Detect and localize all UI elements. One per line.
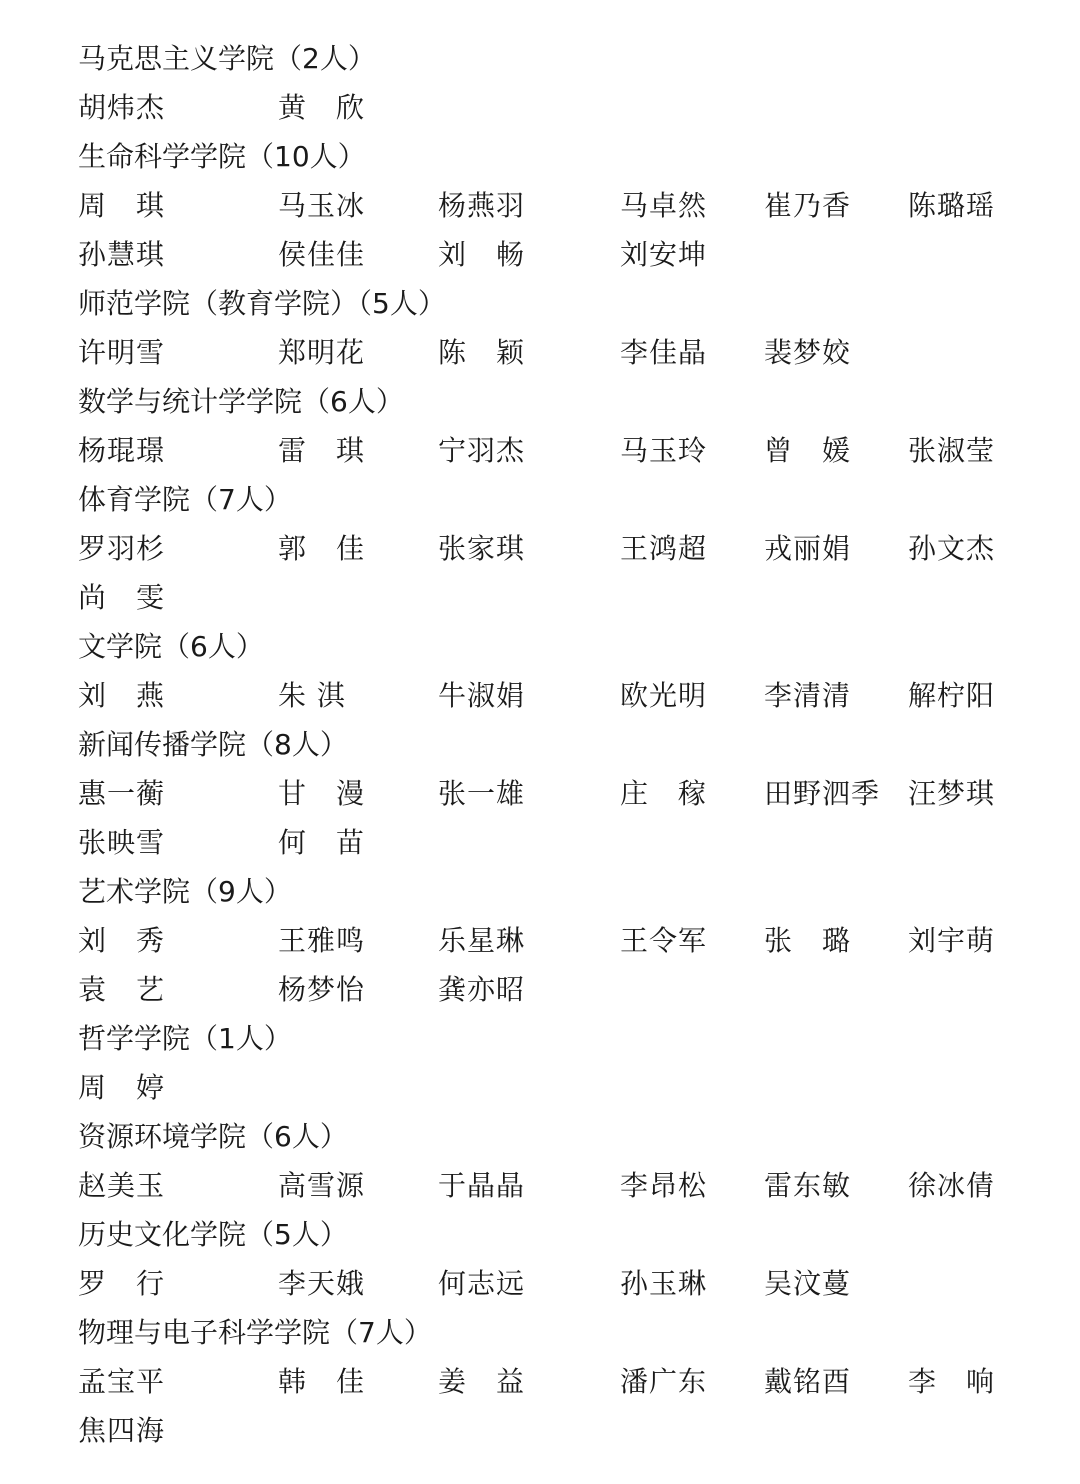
student-name: 马玉玲	[620, 426, 707, 475]
student-name: 王鸿超	[620, 524, 707, 573]
college-section: 历史文化学院（5人）罗 行李天娥何志远孙玉琳吴汶蔓	[78, 1210, 1038, 1308]
student-name: 徐冰倩	[908, 1161, 995, 1210]
name-row: 赵美玉高雪源于晶晶李昂松雷东敏徐冰倩	[78, 1161, 1038, 1210]
name-row: 张映雪何 苗	[78, 818, 1038, 867]
college-heading: 师范学院（教育学院）（5人）	[78, 279, 1038, 328]
college-section: 文学院（6人）刘 燕朱 淇牛淑娟欧光明李清清解柠阳	[78, 622, 1038, 720]
student-name: 裴梦姣	[764, 328, 851, 377]
student-name: 杨琨璟	[78, 426, 165, 475]
student-name: 崔乃香	[764, 181, 851, 230]
student-name: 汪梦琪	[908, 769, 995, 818]
college-section: 新闻传播学院（8人）惠一蘅甘 漫张一雄庄 稼田野泗季汪梦琪张映雪何 苗	[78, 720, 1038, 867]
student-name: 郑明花	[278, 328, 365, 377]
name-row: 孙慧琪侯佳佳刘 畅刘安坤	[78, 230, 1038, 279]
student-name: 李清清	[764, 671, 851, 720]
student-name: 刘宇萌	[908, 916, 995, 965]
student-name: 赵美玉	[78, 1161, 165, 1210]
college-section: 物理与电子科学学院（7人）孟宝平韩 佳姜 益潘广东戴铭酉李 响焦四海	[78, 1308, 1038, 1455]
student-name: 李天娥	[278, 1259, 365, 1308]
student-name: 袁 艺	[78, 965, 165, 1014]
student-name: 曾 媛	[764, 426, 851, 475]
college-section: 马克思主义学院（2人）胡炜杰黄 欣	[78, 34, 1038, 132]
student-name: 于晶晶	[438, 1161, 525, 1210]
student-name: 张一雄	[438, 769, 525, 818]
college-heading: 文学院（6人）	[78, 622, 1038, 671]
student-name: 吴汶蔓	[764, 1259, 851, 1308]
student-name: 马玉冰	[278, 181, 365, 230]
student-name: 惠一蘅	[78, 769, 165, 818]
college-section: 艺术学院（9人）刘 秀王雅鸣乐星琳王令军张 璐刘宇萌袁 艺杨梦怡龚亦昭	[78, 867, 1038, 1014]
student-name: 雷东敏	[764, 1161, 851, 1210]
student-name: 刘 燕	[78, 671, 165, 720]
student-name: 李昂松	[620, 1161, 707, 1210]
college-heading: 物理与电子科学学院（7人）	[78, 1308, 1038, 1357]
student-name: 张 璐	[764, 916, 851, 965]
student-name: 潘广东	[620, 1357, 707, 1406]
name-row: 罗羽杉郭 佳张家琪王鸿超戎丽娟孙文杰	[78, 524, 1038, 573]
student-name: 朱 淇	[278, 671, 346, 720]
name-row: 孟宝平韩 佳姜 益潘广东戴铭酉李 响	[78, 1357, 1038, 1406]
student-name: 周 婷	[78, 1063, 165, 1112]
name-row: 许明雪郑明花陈 颖李佳晶裴梦姣	[78, 328, 1038, 377]
name-row: 焦四海	[78, 1406, 1038, 1455]
name-row: 周 婷	[78, 1063, 1038, 1112]
student-name: 陈璐瑶	[908, 181, 995, 230]
student-name: 何 苗	[278, 818, 365, 867]
student-name: 王令军	[620, 916, 707, 965]
student-name: 田野泗季	[764, 769, 880, 818]
student-name: 韩 佳	[278, 1357, 365, 1406]
college-section: 生命科学学院（10人）周 琪马玉冰杨燕羽马卓然崔乃香陈璐瑶孙慧琪侯佳佳刘 畅刘安…	[78, 132, 1038, 279]
college-section: 体育学院（7人）罗羽杉郭 佳张家琪王鸿超戎丽娟孙文杰尚 雯	[78, 475, 1038, 622]
student-name: 尚 雯	[78, 573, 165, 622]
college-heading: 体育学院（7人）	[78, 475, 1038, 524]
student-name: 黄 欣	[278, 83, 365, 132]
name-row: 周 琪马玉冰杨燕羽马卓然崔乃香陈璐瑶	[78, 181, 1038, 230]
student-name: 罗 行	[78, 1259, 165, 1308]
student-name: 侯佳佳	[278, 230, 365, 279]
student-name: 乐星琳	[438, 916, 525, 965]
college-heading: 马克思主义学院（2人）	[78, 34, 1038, 83]
student-name: 高雪源	[278, 1161, 365, 1210]
student-name: 杨燕羽	[438, 181, 525, 230]
student-name: 何志远	[438, 1259, 525, 1308]
student-name: 刘 畅	[438, 230, 525, 279]
college-section: 资源环境学院（6人）赵美玉高雪源于晶晶李昂松雷东敏徐冰倩	[78, 1112, 1038, 1210]
college-heading: 新闻传播学院（8人）	[78, 720, 1038, 769]
name-row: 惠一蘅甘 漫张一雄庄 稼田野泗季汪梦琪	[78, 769, 1038, 818]
student-name: 孙慧琪	[78, 230, 165, 279]
name-row: 杨琨璟雷 琪宁羽杰马玉玲曾 媛张淑莹	[78, 426, 1038, 475]
college-heading: 数学与统计学学院（6人）	[78, 377, 1038, 426]
student-name: 张映雪	[78, 818, 165, 867]
college-heading: 哲学学院（1人）	[78, 1014, 1038, 1063]
student-name: 许明雪	[78, 328, 165, 377]
student-name: 胡炜杰	[78, 83, 165, 132]
student-name: 姜 益	[438, 1357, 525, 1406]
student-name: 龚亦昭	[438, 965, 525, 1014]
student-name: 刘安坤	[620, 230, 707, 279]
college-section: 哲学学院（1人）周 婷	[78, 1014, 1038, 1112]
student-name: 周 琪	[78, 181, 165, 230]
student-name: 焦四海	[78, 1406, 165, 1455]
student-name: 孙文杰	[908, 524, 995, 573]
name-row: 刘 秀王雅鸣乐星琳王令军张 璐刘宇萌	[78, 916, 1038, 965]
student-name: 甘 漫	[278, 769, 365, 818]
college-heading: 历史文化学院（5人）	[78, 1210, 1038, 1259]
college-section: 师范学院（教育学院）（5人）许明雪郑明花陈 颖李佳晶裴梦姣	[78, 279, 1038, 377]
student-name: 欧光明	[620, 671, 707, 720]
student-name: 王雅鸣	[278, 916, 365, 965]
college-heading: 资源环境学院（6人）	[78, 1112, 1038, 1161]
student-name: 马卓然	[620, 181, 707, 230]
name-row: 罗 行李天娥何志远孙玉琳吴汶蔓	[78, 1259, 1038, 1308]
student-name: 刘 秀	[78, 916, 165, 965]
student-name: 罗羽杉	[78, 524, 165, 573]
student-name: 李佳晶	[620, 328, 707, 377]
student-name: 杨梦怡	[278, 965, 365, 1014]
student-name: 戎丽娟	[764, 524, 851, 573]
name-row: 胡炜杰黄 欣	[78, 83, 1038, 132]
student-name: 牛淑娟	[438, 671, 525, 720]
student-name: 张家琪	[438, 524, 525, 573]
college-heading: 艺术学院（9人）	[78, 867, 1038, 916]
student-name: 宁羽杰	[438, 426, 525, 475]
student-name: 孙玉琳	[620, 1259, 707, 1308]
student-name: 张淑莹	[908, 426, 995, 475]
student-name: 孟宝平	[78, 1357, 165, 1406]
name-row: 尚 雯	[78, 573, 1038, 622]
student-name: 雷 琪	[278, 426, 365, 475]
name-row: 袁 艺杨梦怡龚亦昭	[78, 965, 1038, 1014]
student-name: 李 响	[908, 1357, 995, 1406]
name-row: 刘 燕朱 淇牛淑娟欧光明李清清解柠阳	[78, 671, 1038, 720]
student-name: 戴铭酉	[764, 1357, 851, 1406]
student-name: 解柠阳	[908, 671, 995, 720]
student-name: 庄 稼	[620, 769, 707, 818]
student-name: 陈 颖	[438, 328, 525, 377]
college-heading: 生命科学学院（10人）	[78, 132, 1038, 181]
name-list-document: 马克思主义学院（2人）胡炜杰黄 欣生命科学学院（10人）周 琪马玉冰杨燕羽马卓然…	[78, 34, 1038, 1455]
college-section: 数学与统计学学院（6人）杨琨璟雷 琪宁羽杰马玉玲曾 媛张淑莹	[78, 377, 1038, 475]
student-name: 郭 佳	[278, 524, 365, 573]
